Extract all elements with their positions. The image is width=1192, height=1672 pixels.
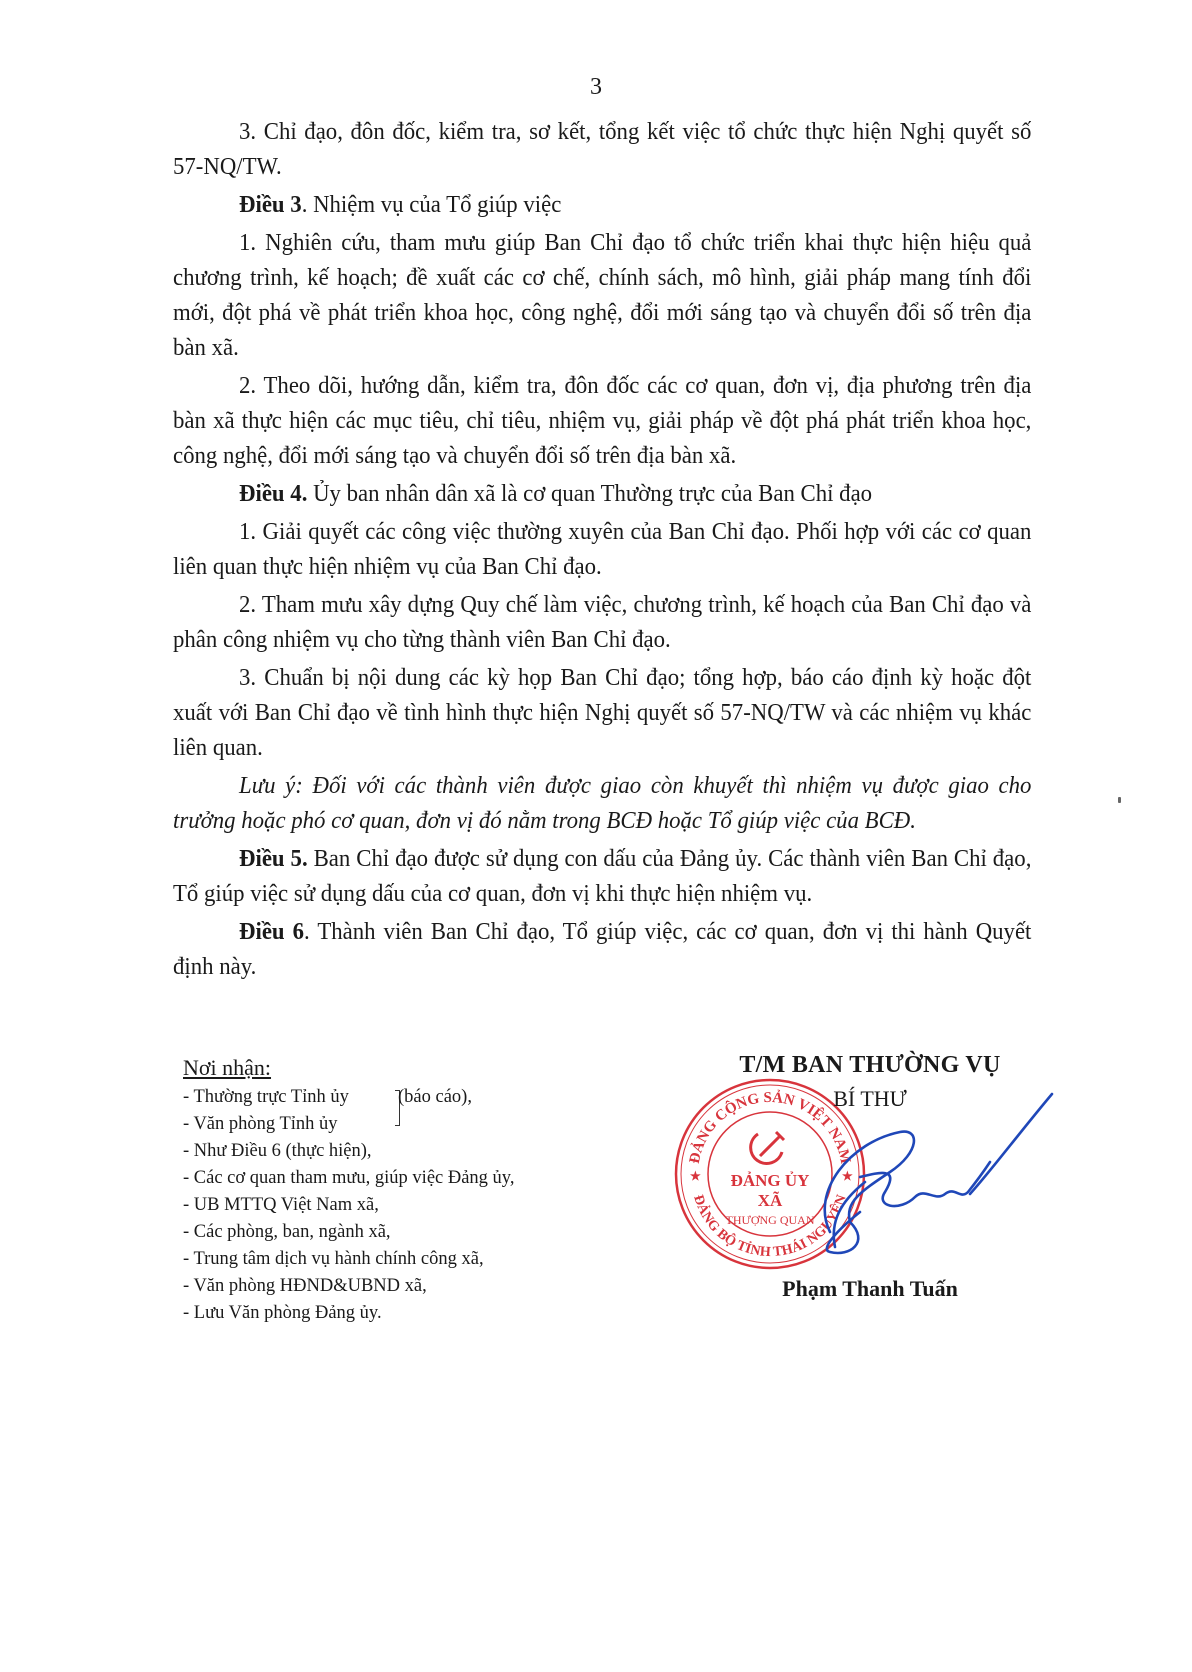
hammer-sickle-icon	[751, 1132, 784, 1163]
article-3-item-1: 1. Nghiên cứu, tham mưu giúp Ban Chỉ đạo…	[173, 225, 1031, 365]
article-5: Điều 5. Ban Chỉ đạo được sử dụng con dấu…	[173, 841, 1031, 911]
article-3-heading: Điều 3. Nhiệm vụ của Tổ giúp việc	[173, 187, 1031, 222]
document-body: 3. Chỉ đạo, đôn đốc, kiểm tra, sơ kết, t…	[173, 114, 1031, 987]
signature-on-behalf: T/M BAN THƯỜNG VỤ	[680, 1052, 1060, 1079]
signature-block: T/M BAN THƯỜNG VỤ BÍ THƯ ĐẢNG CỘNG SẢN V…	[680, 1052, 1060, 1312]
paragraph-item-3: 3. Chỉ đạo, đôn đốc, kiểm tra, sơ kết, t…	[173, 114, 1031, 184]
scan-artifact	[1118, 797, 1121, 803]
recipient-item: - Các cơ quan tham mưu, giúp việc Đảng ủ…	[183, 1165, 653, 1192]
recipient-item: - Lưu Văn phòng Đảng ủy.	[183, 1300, 653, 1327]
recipients-block: Nơi nhận: - Thường trực Tỉnh ủy - Văn ph…	[183, 1054, 653, 1327]
svg-text:★: ★	[690, 1169, 701, 1183]
recipient-item: - Các phòng, ban, ngành xã,	[183, 1219, 653, 1246]
recipient-item: - Văn phòng HĐND&UBND xã,	[183, 1273, 653, 1300]
stamp-center-line2: XÃ	[758, 1191, 783, 1210]
note-paragraph: Lưu ý: Đối với các thành viên được giao …	[173, 768, 1031, 838]
bracket-note: (báo cáo),	[398, 1084, 472, 1111]
recipients-title: Nơi nhận:	[183, 1054, 653, 1082]
article-6: Điều 6. Thành viên Ban Chỉ đạo, Tổ giúp …	[173, 914, 1031, 984]
recipient-item: - Như Điều 6 (thực hiện),	[183, 1138, 653, 1165]
recipient-item: - UB MTTQ Việt Nam xã,	[183, 1192, 653, 1219]
article-4-item-1: 1. Giải quyết các công việc thường xuyên…	[173, 514, 1031, 584]
article-3-item-2: 2. Theo dõi, hướng dẫn, kiểm tra, đôn đố…	[173, 368, 1031, 473]
article-4-item-3: 3. Chuẩn bị nội dung các kỳ họp Ban Chỉ …	[173, 660, 1031, 765]
recipient-item: - Văn phòng Tỉnh ủy	[183, 1111, 653, 1138]
handwritten-signature-icon	[790, 1082, 1060, 1282]
article-4-item-2: 2. Tham mưu xây dựng Quy chế làm việc, c…	[173, 587, 1031, 657]
recipient-item: - Trung tâm dịch vụ hành chính công xã,	[183, 1246, 653, 1273]
page-number: 3	[0, 74, 1192, 101]
article-4-heading: Điều 4. Ủy ban nhân dân xã là cơ quan Th…	[173, 476, 1031, 511]
